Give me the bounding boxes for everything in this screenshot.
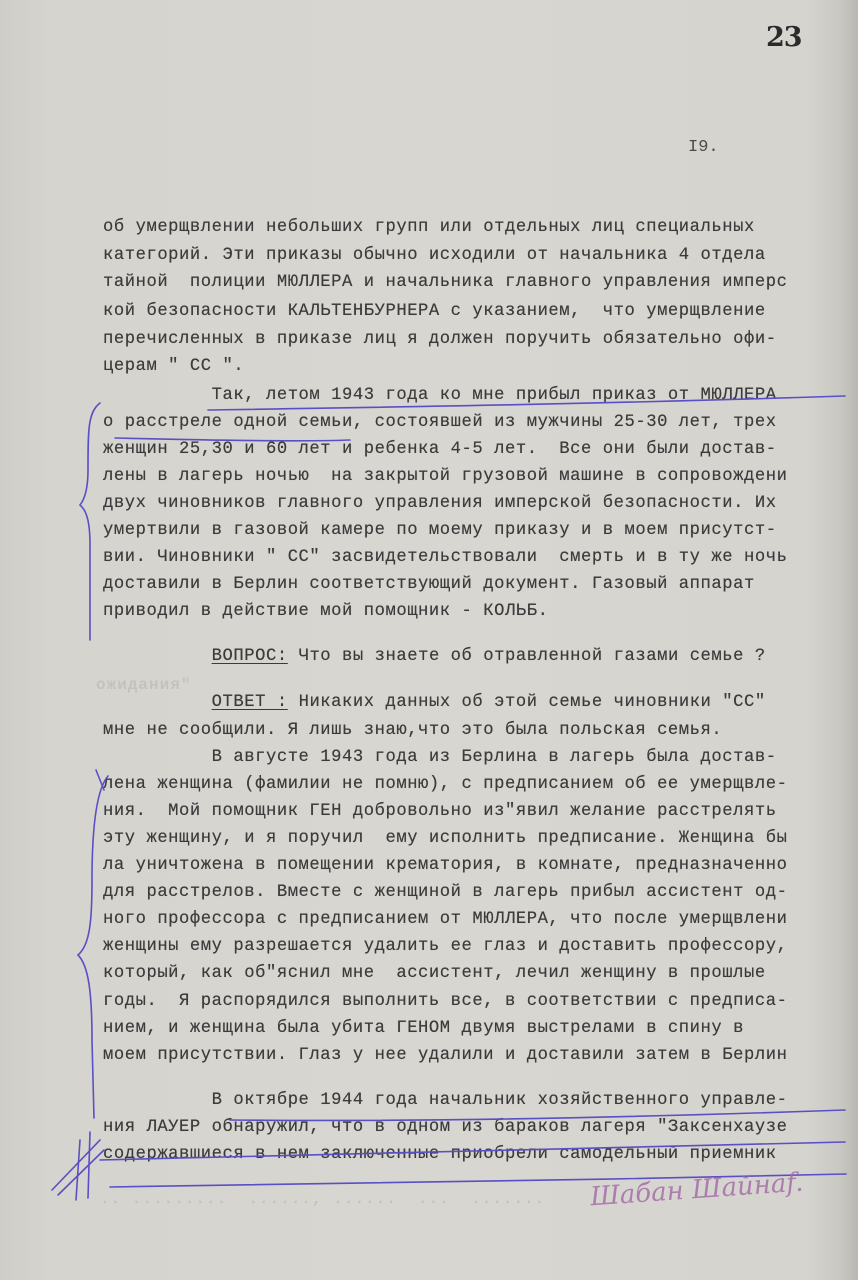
typed-line: ния ЛАУЕР обнаружил, что в одном из бара… bbox=[103, 1118, 787, 1138]
archive-page-number: 23 bbox=[766, 22, 802, 53]
typed-line: вии. Чиновники " СС" засвидетельствовали… bbox=[103, 548, 787, 568]
typed-line: лена женщина (фамилии не помню), с предп… bbox=[103, 775, 787, 795]
typed-line: В августе 1943 года из Берлина в лагерь … bbox=[103, 748, 777, 768]
margin-brace bbox=[80, 403, 100, 640]
sheet-number: I9. bbox=[688, 138, 719, 157]
margin-mark bbox=[52, 1140, 100, 1190]
typed-line: для расстрелов. Вместе с женщиной в лаге… bbox=[103, 883, 787, 903]
question-label: ВОПРОС: bbox=[212, 647, 288, 666]
typed-line: лены в лагерь ночью на закрытой грузовой… bbox=[103, 467, 787, 487]
typed-line: перечисленных в приказе лиц я должен пор… bbox=[103, 330, 777, 350]
typed-line: который, как об"яснил мне ассистент, леч… bbox=[103, 964, 766, 984]
answer-label: ОТВЕТ : bbox=[212, 693, 288, 712]
typed-line: содержавшиеся в нем заключенные приобрел… bbox=[103, 1145, 777, 1165]
typed-line: мне не сообщили. Я лишь знаю,что это был… bbox=[103, 721, 722, 741]
typed-line: женщин 25,30 и 60 лет и ребенка 4-5 лет.… bbox=[103, 440, 777, 460]
document-page: 23 I9. ожидания" .. ......... ......, ..… bbox=[0, 0, 858, 1280]
margin-mark bbox=[76, 1140, 80, 1200]
pen-annotations bbox=[0, 0, 858, 1280]
margin-mark bbox=[88, 1132, 90, 1198]
typed-line: о расстреле одной семьи, состоявшей из м… bbox=[103, 413, 777, 433]
typed-line: об умерщвлении небольших групп или отдел… bbox=[103, 218, 755, 238]
typed-line: доставили в Берлин соответствующий докум… bbox=[103, 575, 755, 595]
handwritten-signature: Шабан Шайнаf. bbox=[589, 1168, 804, 1213]
typed-line: ла уничтожена в помещении крематория, в … bbox=[103, 856, 787, 876]
typed-line: моем присутствии. Глаз у нее удалили и д… bbox=[103, 1046, 787, 1066]
typed-line: приводил в действие мой помощник - КОЛЬБ… bbox=[103, 602, 548, 622]
typed-line: категорий. Эти приказы обычно исходили о… bbox=[103, 246, 766, 266]
margin-mark bbox=[58, 1150, 104, 1195]
typed-line: годы. Я распорядился выполнить все, в со… bbox=[103, 992, 787, 1012]
typed-line: В октябре 1944 года начальник хозяйствен… bbox=[103, 1091, 787, 1111]
typed-line: Так, летом 1943 года ко мне прибыл прика… bbox=[103, 386, 777, 406]
typed-line: женщины ему разрешается удалить ее глаз … bbox=[103, 937, 787, 957]
typed-line: кой безопасности КАЛЬТЕНБУРНЕРА с указан… bbox=[103, 302, 766, 322]
typed-line: ОТВЕТ : Никаких данных об этой семье чин… bbox=[103, 693, 766, 713]
typed-line: ВОПРОС: Что вы знаете об отравленной газ… bbox=[103, 647, 766, 667]
typed-line: ния. Мой помощник ГЕН добровольно из"яви… bbox=[103, 802, 777, 822]
typed-line: тайной полиции МЮЛЛЕРА и начальника глав… bbox=[103, 273, 787, 293]
typed-line: ного профессора с предписанием от МЮЛЛЕР… bbox=[103, 910, 787, 930]
typed-line: нием, и женщина была убита ГЕНОМ двумя в… bbox=[103, 1019, 744, 1039]
bleed-through-text: ожидания" bbox=[96, 676, 191, 694]
bleed-through-text: .. ......... ......, ...... ... ....... bbox=[100, 1190, 545, 1208]
typed-line: умертвили в газовой камере по моему прик… bbox=[103, 521, 777, 541]
typed-line: двух чиновников главного управления импе… bbox=[103, 494, 777, 514]
typed-line: эту женщину, и я поручил ему исполнить п… bbox=[103, 829, 787, 849]
typed-line: церам " СС ". bbox=[103, 357, 244, 377]
